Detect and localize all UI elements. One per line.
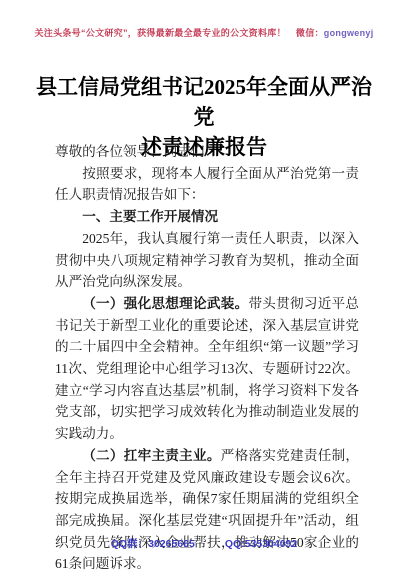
qq-number: 535304092	[245, 538, 298, 550]
paragraph: 一、主要工作开展情况	[55, 206, 359, 228]
paragraph-bold-lead: （一）强化思想理论武装。	[82, 296, 248, 311]
paragraph: （二）扛牢主责主业。严格落实党建责任制，全年主持召开党建及党风廉政建设专题会议6…	[55, 445, 359, 575]
header-banner-text: 关注头条号“公文研究”，获得最新最全最专业的公文资料库！	[34, 28, 285, 38]
wechat-label: 微信：	[296, 28, 324, 38]
qq-group-number: 30265665	[148, 538, 195, 550]
paragraph: （一）强化思想理论武装。带头贯彻习近平总书记关于新型工业化的重要论述，深入基层宣…	[55, 293, 359, 445]
qq-label: QQ:	[225, 538, 245, 550]
paragraph: 尊敬的各位领导、同志们：	[55, 141, 359, 163]
wechat-id: gongwenyj	[324, 28, 374, 38]
page-title-line1: 县工信局党组书记2025年全面从严治党	[28, 72, 380, 132]
header-banner: 关注头条号“公文研究”，获得最新最全最专业的公文资料库！微信：gongwenyj	[0, 26, 408, 39]
paragraph-bold-lead: （二）扛牢主责主业。	[82, 448, 221, 463]
footer: QQ群：30265665QQ:535304092	[0, 536, 408, 551]
document-body: 尊敬的各位领导、同志们：按照要求，现将本人履行全面从严治党第一责任人职责情况报告…	[55, 141, 359, 575]
paragraph-bold-lead: 一、主要工作开展情况	[82, 209, 218, 224]
paragraph: 按照要求，现将本人履行全面从严治党第一责任人职责情况报告如下：	[55, 163, 359, 206]
paragraph: 2025年，我认真履行第一责任人职责，以深入贯彻中央八项规定精神学习教育为契机，…	[55, 228, 359, 293]
qq-group-label: QQ群：	[111, 538, 148, 550]
